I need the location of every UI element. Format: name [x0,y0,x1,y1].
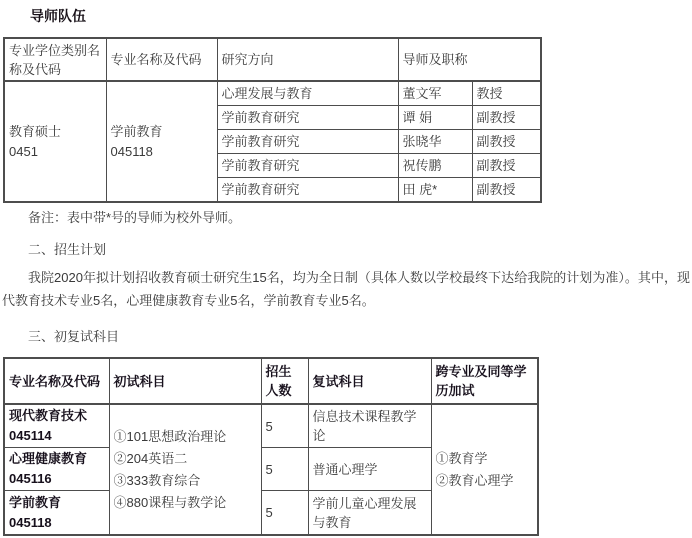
section-heading-enrollment-plan: 二、招生计划 [28,239,106,258]
exam-table-header-row: 专业名称及代码 初试科目 招生人数 复试科目 跨专业及同等学历加试 [4,358,538,404]
quota-cell: 5 [261,404,308,448]
header-major-code: 专业名称及代码 [4,358,109,404]
mentor-cell: 谭 娟 [398,106,472,130]
title-cell: 副教授 [472,106,541,130]
quota-cell: 5 [261,448,308,491]
exam-table: 专业名称及代码 初试科目 招生人数 复试科目 跨专业及同等学历加试 现代教育技术… [3,357,539,536]
subject-line: ③333教育综合 [114,470,257,492]
page-title: 导师队伍 [30,6,86,26]
major-cell: 学前教育 045118 [4,491,109,536]
major-cell: 现代教育技术 045114 [4,404,109,448]
header-quota: 招生人数 [261,358,308,404]
major-code: 045118 [9,513,105,533]
major-cell: 心理健康教育 045116 [4,448,109,491]
direction-cell: 心理发展与教育 [217,81,398,106]
quota-cell: 5 [261,491,308,536]
table-row: 现代教育技术 045114 ①101思想政治理论 ②204英语二 ③333教育综… [4,404,538,448]
mentor-table: 专业学位类别名称及代码 专业名称及代码 研究方向 导师及职称 教育硕士 0451… [3,37,542,203]
direction-cell: 学前教育研究 [217,106,398,130]
subject-line: ①101思想政治理论 [114,426,257,448]
direction-cell: 学前教育研究 [217,178,398,203]
initial-subjects-cell: ①101思想政治理论 ②204英语二 ③333教育综合 ④880课程与教学论 [109,404,261,535]
subject-line: ②教育心理学 [436,470,534,492]
document-page: 导师队伍 专业学位类别名称及代码 专业名称及代码 研究方向 导师及职称 教育硕士… [0,0,692,538]
title-cell: 副教授 [472,154,541,178]
table-row: 教育硕士 0451 学前教育 045118 心理发展与教育 董文军 教授 [4,81,541,106]
category-cell: 教育硕士 0451 [4,81,106,202]
major-code: 045114 [9,426,105,446]
title-cell: 副教授 [472,130,541,154]
header-direction: 研究方向 [217,38,398,81]
subject-line: ②204英语二 [114,448,257,470]
direction-cell: 学前教育研究 [217,154,398,178]
section-heading-exam-subjects: 三、初复试科目 [28,326,119,345]
title-cell: 副教授 [472,178,541,203]
direction-cell: 学前教育研究 [217,130,398,154]
major-name: 心理健康教育 [9,449,105,469]
subject-line: ①教育学 [436,448,534,470]
category-code: 0451 [9,142,102,162]
retest-cell: 普通心理学 [308,448,431,491]
enrollment-paragraph: 我院2020年拟计划招收教育硕士研究生15名，均为全日制（具体人数以学校最终下达… [2,266,690,312]
mentor-cell: 张晓华 [398,130,472,154]
major-name: 学前教育 [111,122,213,142]
major-name: 现代教育技术 [9,406,105,426]
mentor-cell: 田 虎* [398,178,472,203]
mentor-cell: 董文军 [398,81,472,106]
retest-cell: 学前儿童心理发展与教育 [308,491,431,536]
header-initial-subjects: 初试科目 [109,358,261,404]
retest-cell: 信息技术课程教学论 [308,404,431,448]
header-retest-subjects: 复试科目 [308,358,431,404]
title-cell: 教授 [472,81,541,106]
major-code: 045118 [111,142,213,162]
major-code: 045116 [9,469,105,489]
note-text: 备注：表中带*号的导师为校外导师。 [28,207,241,226]
header-category: 专业学位类别名称及代码 [4,38,106,81]
additional-subjects-cell: ①教育学 ②教育心理学 [431,404,538,535]
mentor-cell: 祝传鹏 [398,154,472,178]
major-cell: 学前教育 045118 [106,81,217,202]
major-name: 学前教育 [9,493,105,513]
subject-line: ④880课程与教学论 [114,492,257,514]
category-name: 教育硕士 [9,122,102,142]
mentor-table-header-row: 专业学位类别名称及代码 专业名称及代码 研究方向 导师及职称 [4,38,541,81]
header-major: 专业名称及代码 [106,38,217,81]
header-additional-test: 跨专业及同等学历加试 [431,358,538,404]
header-mentor-title: 导师及职称 [398,38,541,81]
